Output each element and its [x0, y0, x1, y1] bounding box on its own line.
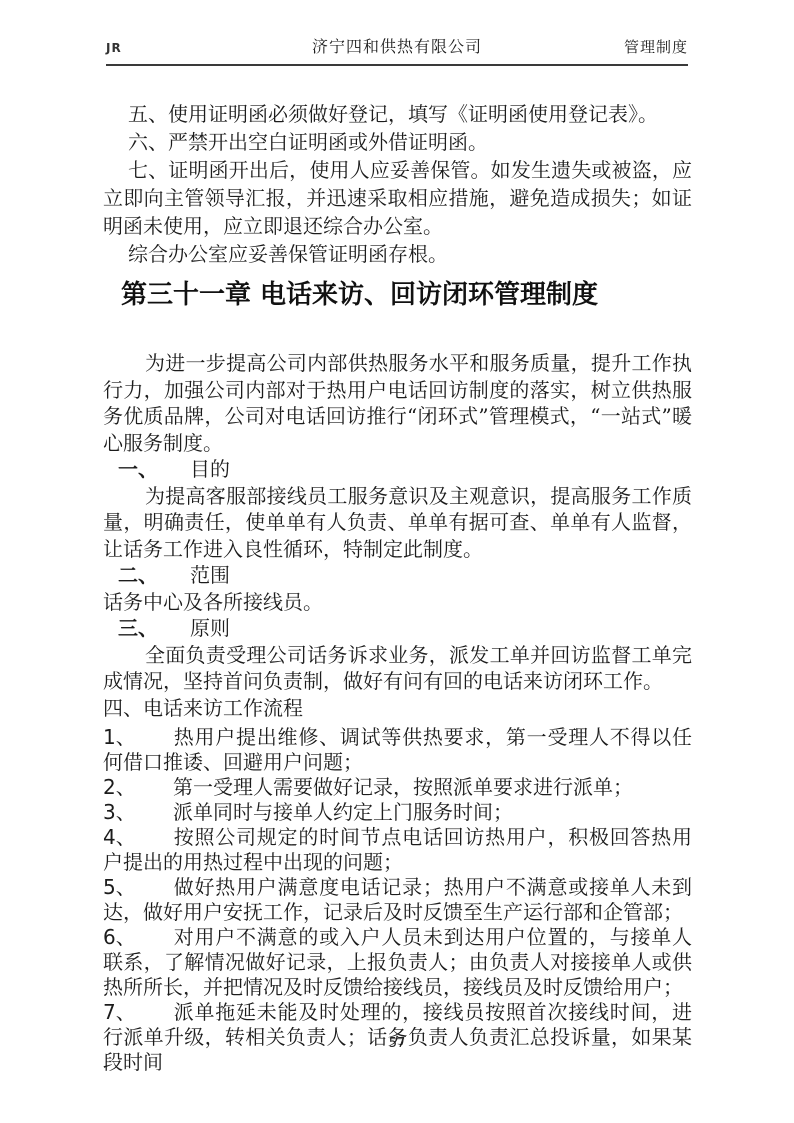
flow-item-text: 第一受理人需要做好记录，按照派单要求进行派单； [173, 775, 633, 799]
section-heading-scope: 二、范围 [103, 562, 692, 589]
section-heading-principle: 三、原则 [103, 615, 692, 642]
flow-item-text: 按照公司规定的时间节点电话回访热用户，积极回答热用户提出的用热过程中出现的问题； [103, 825, 692, 874]
flow-item-list: 1、热用户提出维修、调试等供热要求，第一受理人不得以任何借口推诿、回避用户问题；… [103, 725, 692, 1075]
page-footer: 57 [0, 1036, 794, 1051]
flow-item-text: 对用户不满意的或入户人员未到达用户位置的，与接单人联系，了解情况做好记录，上报负… [103, 925, 692, 999]
section-heading-purpose: 一、目的 [103, 456, 692, 483]
flow-item-number: 1、 [103, 725, 173, 750]
chapter-content: 为进一步提高公司内部供热服务水平和服务质量，提升工作执行力，加强公司内部对于热用… [103, 350, 692, 722]
flow-item: 5、做好热用户满意度电话记录；热用户不满意或接单人未到达，做好用户安抚工作，记录… [103, 875, 692, 925]
section-title: 范围 [190, 563, 230, 587]
flow-section-heading: 四、电话来访工作流程 [103, 695, 692, 722]
flow-item-text: 派单同时与接单人约定上门服务时间； [173, 800, 513, 824]
header-center: 济宁四和供热有限公司 [312, 34, 482, 57]
section-number: 二、 [118, 562, 190, 589]
header-right: 管理制度 [482, 36, 688, 57]
flow-item: 4、按照公司规定的时间节点电话回访热用户，积极回答热用户提出的用热过程中出现的问… [103, 825, 692, 875]
flow-item-number: 5、 [103, 875, 173, 900]
company-logo: JR [106, 41, 122, 55]
paragraph: 六、严禁开出空白证明函或外借证明函。 [103, 128, 692, 156]
company-name: 济宁四和供热有限公司 [312, 37, 482, 56]
chapter-title: 第三十一章 电话来访、回访闭环管理制度 [103, 278, 692, 312]
document-body: 五、使用证明函必须做好登记，填写《证明函使用登记表》。 六、严禁开出空白证明函或… [103, 100, 692, 1075]
flow-item-number: 2、 [103, 775, 173, 800]
page-header: JR 济宁四和供热有限公司 管理制度 [106, 34, 688, 66]
chapter-intro: 为进一步提高公司内部供热服务水平和服务质量，提升工作执行力，加强公司内部对于热用… [103, 350, 692, 456]
flow-item-number: 4、 [103, 825, 173, 850]
header-left: JR [106, 37, 312, 56]
flow-item: 6、对用户不满意的或入户人员未到达用户位置的，与接单人联系，了解情况做好记录，上… [103, 925, 692, 1000]
paragraph: 综合办公室应妥善保管证明函存根。 [103, 240, 692, 268]
flow-item-number: 7、 [103, 1000, 173, 1025]
section-number: 三、 [118, 615, 190, 642]
page-number: 57 [389, 1036, 406, 1051]
flow-item: 2、第一受理人需要做好记录，按照派单要求进行派单； [103, 775, 692, 800]
flow-item-number: 3、 [103, 800, 173, 825]
flow-item-number: 6、 [103, 925, 173, 950]
paragraph: 五、使用证明函必须做好登记，填写《证明函使用登记表》。 [103, 100, 692, 128]
section-number: 一、 [118, 456, 190, 483]
flow-item: 3、派单同时与接单人约定上门服务时间； [103, 800, 692, 825]
document-type-label: 管理制度 [624, 38, 688, 56]
previous-section-tail: 五、使用证明函必须做好登记，填写《证明函使用登记表》。 六、严禁开出空白证明函或… [103, 100, 692, 268]
flow-item: 1、热用户提出维修、调试等供热要求，第一受理人不得以任何借口推诿、回避用户问题； [103, 725, 692, 775]
section-body-purpose: 为提高客服部接线员工服务意识及主观意识，提高服务工作质量，明确责任，使单单有人负… [103, 483, 692, 563]
flow-item-text: 做好热用户满意度电话记录；热用户不满意或接单人未到达，做好用户安抚工作，记录后及… [103, 875, 692, 924]
section-title: 目的 [190, 457, 230, 481]
section-title: 原则 [190, 616, 230, 640]
section-body-principle: 全面负责受理公司话务诉求业务，派发工单并回访监督工单完成情况，坚持首问负责制，做… [103, 642, 692, 695]
paragraph: 七、证明函开出后，使用人应妥善保管。如发生遗失或被盗，应立即向主管领导汇报，并迅… [103, 156, 692, 240]
section-body-scope: 话务中心及各所接线员。 [103, 589, 692, 616]
document-page: JR 济宁四和供热有限公司 管理制度 五、使用证明函必须做好登记，填写《证明函使… [0, 0, 794, 1123]
flow-item-text: 热用户提出维修、调试等供热要求，第一受理人不得以任何借口推诿、回避用户问题； [103, 725, 692, 774]
